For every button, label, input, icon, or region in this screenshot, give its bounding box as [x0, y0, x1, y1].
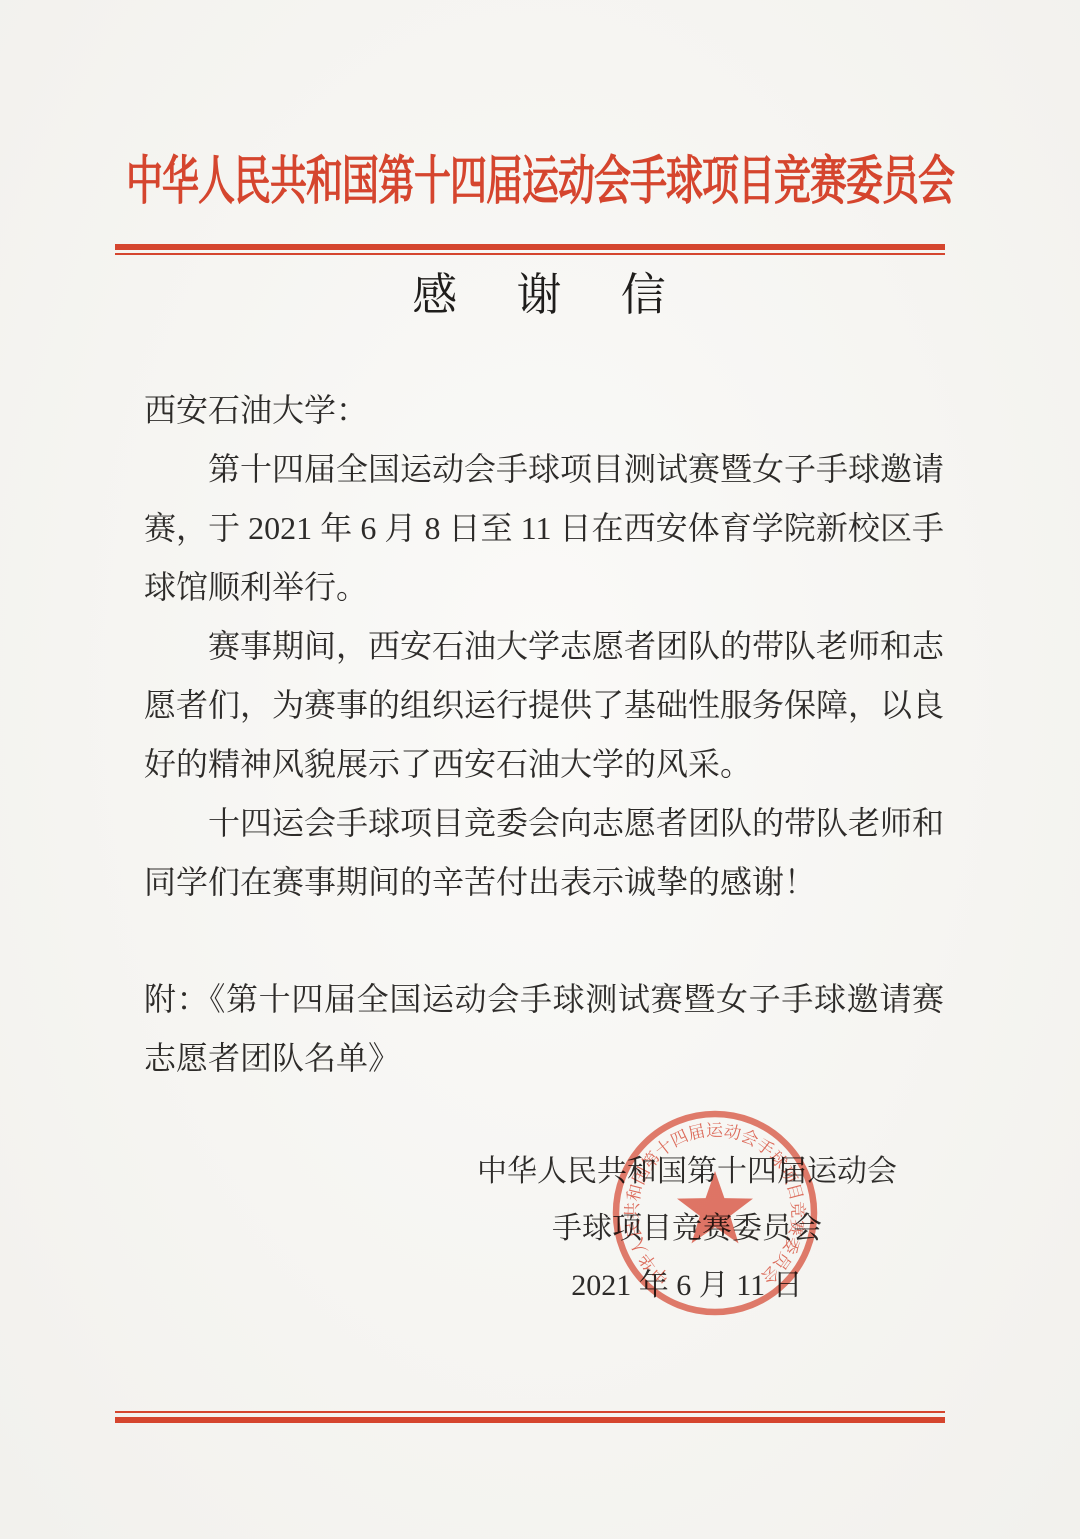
- letter-title: 感 谢 信: [0, 258, 1080, 323]
- letterhead-divider: [115, 244, 945, 255]
- divider-thick-line: [115, 1417, 945, 1423]
- attachment-note: 附：《第十四届全国运动会手球测试赛暨女子手球邀请赛志愿者团队名单》: [144, 970, 944, 1088]
- body-paragraph-1: 第十四届全国运动会手球项目测试赛暨女子手球邀请赛，于 2021 年 6 月 8 …: [144, 440, 944, 617]
- letterhead-title: 中华人民共和国第十四届运动会手球项目竞赛委员会: [0, 150, 1080, 215]
- body-paragraph-2: 赛事期间，西安石油大学志愿者团队的带队老师和志愿者们，为赛事的组织运行提供了基础…: [144, 617, 944, 794]
- body-paragraph-3: 十四运会手球项目竞委会向志愿者团队的带队老师和同学们在赛事期间的辛苦付出表示诚挚…: [144, 794, 944, 912]
- star-icon: [677, 1171, 753, 1243]
- letter-body: 西安石油大学： 第十四届全国运动会手球项目测试赛暨女子手球邀请赛，于 2021 …: [144, 381, 944, 1088]
- footer-divider: [115, 1411, 945, 1423]
- divider-thick-line: [115, 244, 945, 250]
- official-seal: 中华人民共和国第十四届运动会手球项目竞赛委员会: [607, 1105, 823, 1321]
- divider-thin-line: [115, 253, 945, 255]
- salutation: 西安石油大学：: [144, 381, 944, 440]
- divider-thin-line: [115, 1411, 945, 1413]
- scanned-letter-page: 中华人民共和国第十四届运动会手球项目竞赛委员会 感 谢 信 西安石油大学： 第十…: [0, 0, 1080, 1539]
